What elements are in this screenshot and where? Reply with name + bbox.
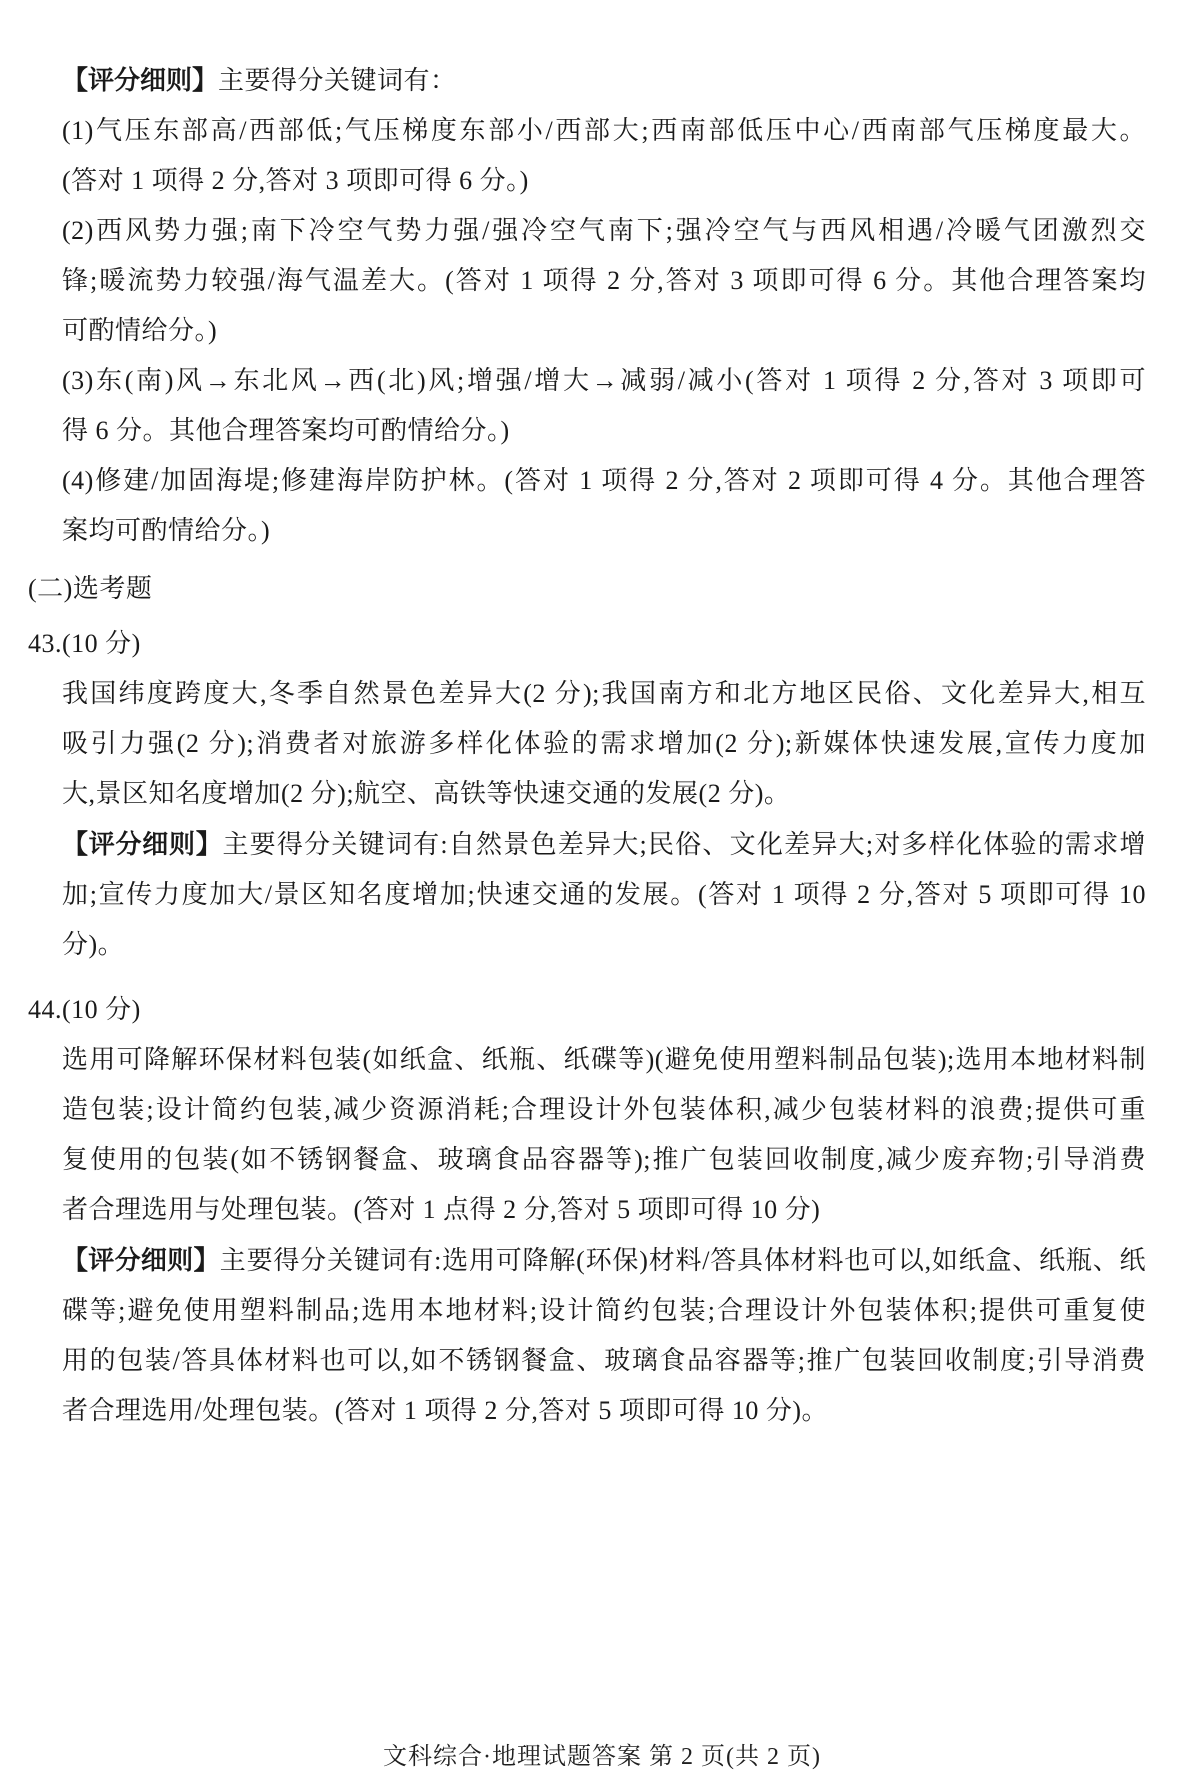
q43-answer-line-3: 大,景区知名度增加(2 分);航空、高铁等快速交通的发展(2 分)。 (62, 769, 1146, 819)
q43-rubric-text: 主要得分关键词有:自然景色差异大;民俗、文化差异大;对多样化体验的需求增 (222, 830, 1146, 859)
q43-answer-line-1: 我国纬度跨度大,冬季自然景色差异大(2 分);我国南方和北方地区民俗、文化差异大… (62, 669, 1146, 719)
answer-content: 【评分细则】主要得分关键词有： (1)气压东部高/西部低;气压梯度东部小/西部大… (0, 0, 1204, 1436)
q42-rubric-line-9: 案均可酌情给分。) (62, 506, 1146, 556)
q43-rubric-line-2: 加;宣传力度加大/景区知名度增加;快速交通的发展。(答对 1 项得 2 分,答对… (62, 870, 1146, 920)
q44-rubric-line-2: 碟等;避免使用塑料制品;选用本地材料;设计简约包装;合理设计外包装体积;提供可重… (62, 1286, 1146, 1336)
q43-rubric-line-3: 分)。 (62, 920, 1146, 970)
q44-answer-line-2: 造包装;设计简约包装,减少资源消耗;合理设计外包装体积,减少包装材料的浪费;提供… (62, 1085, 1146, 1135)
section-2-title: (二)选考题 (28, 564, 1146, 614)
q42-rubric-line-1: (1)气压东部高/西部低;气压梯度东部小/西部大;西南部低压中心/西南部气压梯度… (62, 106, 1146, 156)
q43-answer-line-2: 吸引力强(2 分);消费者对旅游多样化体验的需求增加(2 分);新媒体快速发展,… (62, 719, 1146, 769)
q42-rubric-line-3: (2)西风势力强;南下冷空气势力强/强冷空气南下;强冷空气与西风相遇/冷暖气团激… (62, 206, 1146, 256)
q44-answer-line-4: 者合理选用与处理包装。(答对 1 点得 2 分,答对 5 项即可得 10 分) (62, 1185, 1146, 1235)
q42-rubric-line-8: (4)修建/加固海堤;修建海岸防护林。(答对 1 项得 2 分,答对 2 项即可… (62, 456, 1146, 506)
rubric-label: 【评分细则】 (62, 1245, 220, 1275)
q44-rubric-line-3: 用的包装/答具体材料也可以,如不锈钢餐盒、玻璃食品容器等;推广包装回收制度;引导… (62, 1336, 1146, 1386)
rubric-intro: 主要得分关键词有： (218, 66, 457, 95)
scanned-answer-sheet-page: 【评分细则】主要得分关键词有： (1)气压东部高/西部低;气压梯度东部小/西部大… (0, 0, 1204, 1792)
q42-rubric-line-2: (答对 1 项得 2 分,答对 3 项即可得 6 分。) (62, 156, 1146, 206)
q43-number: 43.(10 分) (28, 619, 1146, 669)
q44-number: 44.(10 分) (28, 985, 1146, 1035)
q43-rubric-line-1: 【评分细则】主要得分关键词有:自然景色差异大;民俗、文化差异大;对多样化体验的需… (62, 819, 1146, 870)
q42-rubric-line-6: (3)东(南)风→东北风→西(北)风;增强/增大→减弱/减小(答对 1 项得 2… (62, 356, 1146, 406)
page-footer: 文科综合·地理试题答案 第 2 页(共 2 页) (0, 1736, 1204, 1771)
q42-rubric-heading: 【评分细则】主要得分关键词有： (62, 55, 1146, 106)
q44-rubric-line-4: 者合理选用/处理包装。(答对 1 项得 2 分,答对 5 项即可得 10 分)。 (62, 1386, 1146, 1436)
q42-rubric-line-5: 可酌情给分。) (62, 306, 1146, 356)
q44-answer-line-1: 选用可降解环保材料包装(如纸盒、纸瓶、纸碟等)(避免使用塑料制品包装);选用本地… (62, 1035, 1146, 1085)
q42-rubric-line-4: 锋;暖流势力较强/海气温差大。(答对 1 项得 2 分,答对 3 项即可得 6 … (62, 256, 1146, 306)
q42-rubric-line-7: 得 6 分。其他合理答案均可酌情给分。) (62, 406, 1146, 456)
q44-rubric-line-1: 【评分细则】主要得分关键词有:选用可降解(环保)材料/答具体材料也可以,如纸盒、… (62, 1235, 1146, 1286)
rubric-label: 【评分细则】 (62, 65, 218, 95)
q44-rubric-text: 主要得分关键词有:选用可降解(环保)材料/答具体材料也可以,如纸盒、纸瓶、纸 (220, 1246, 1146, 1275)
q44-answer-line-3: 复使用的包装(如不锈钢餐盒、玻璃食品容器等);推广包装回收制度,减少废弃物;引导… (62, 1135, 1146, 1185)
rubric-label: 【评分细则】 (62, 829, 222, 859)
